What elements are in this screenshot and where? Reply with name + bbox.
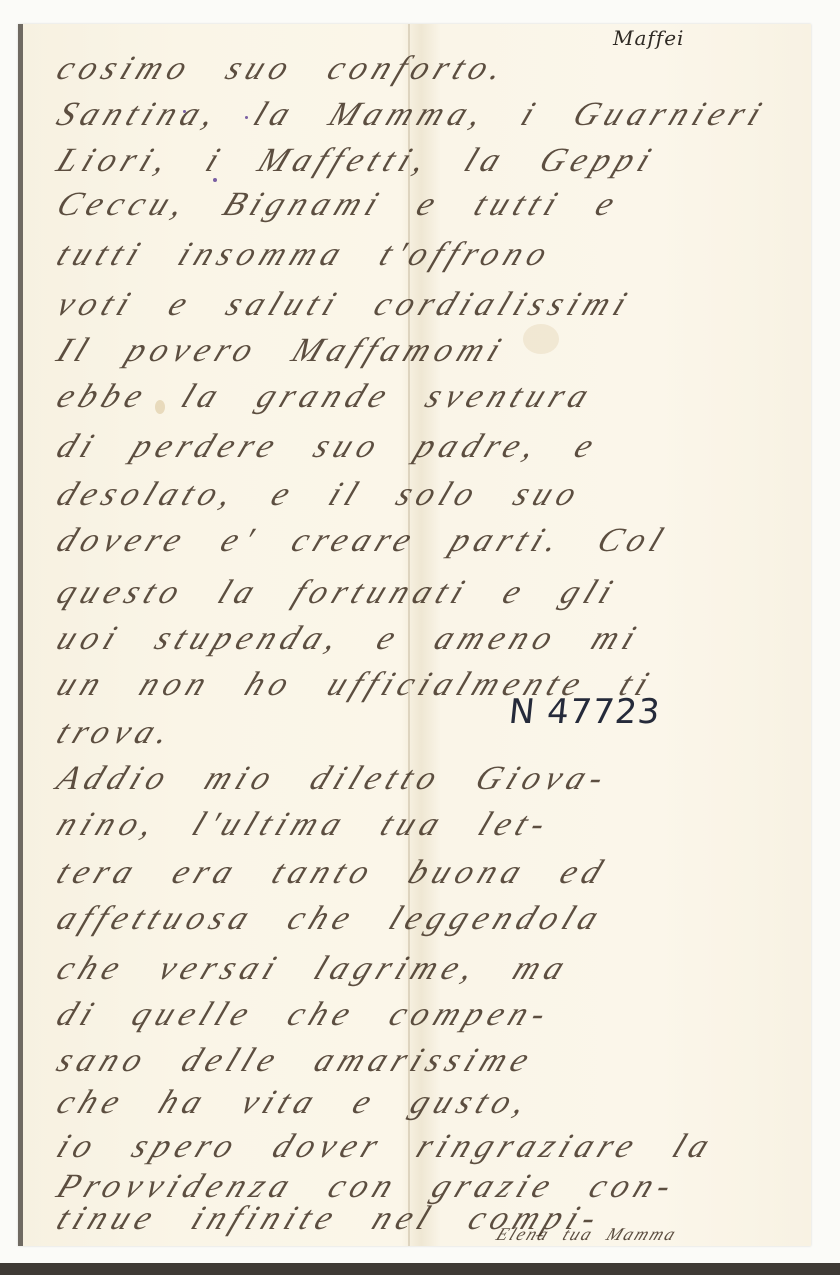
handwritten-line: ebbe la grande sventura [51,378,811,416]
handwritten-line: un non ho ufficialmente ti [51,666,811,704]
handwritten-line: Santina, la Mamma, i Guarnieri [51,96,811,134]
inventory-number: N 47723 [507,692,663,732]
handwritten-line: Liori, i Maffetti, la Geppi [51,142,811,180]
handwritten-line: Ceccu, Bignami e tutti e [51,186,811,224]
handwritten-line: che ha vita e gusto, [51,1084,811,1122]
handwritten-line: sano delle amarissime [51,1042,811,1080]
handwritten-line: di perdere suo padre, e [51,428,811,466]
handwritten-line: trova. [51,714,811,752]
handwritten-line: affettuosa che leggendola [51,900,811,938]
handwritten-line: uoi stupenda, e ameno mi [51,620,811,658]
handwritten-line: dovere e' creare parti. Col [51,522,811,560]
scanned-letter: Maffei cosimo suo conforto. Santina, la … [0,0,840,1275]
handwritten-line: che versai lagrime, ma [51,950,811,988]
handwritten-line: desolato, e il solo suo [51,476,811,514]
handwritten-line: nino, l'ultima tua let- [51,806,811,844]
closing-note: Elena tua Mamma [493,1224,801,1245]
handwritten-line: io spero dover ringraziare la [51,1128,811,1166]
handwritten-line: tera era tanto buona ed [51,854,811,892]
handwritten-line: tutti insomma t'offrono [51,236,811,274]
scanner-bottom-band [0,1263,840,1275]
handwritten-line: Il povero Maffamomi [51,332,811,370]
handwritten-line: di quelle che compen- [51,996,811,1034]
archive-annotation: Maffei [613,26,684,50]
handwritten-line: voti e saluti cordialissimi [51,286,811,324]
handwritten-line: cosimo suo conforto. [51,50,811,88]
handwritten-line: questo la fortunati e gli [51,574,811,612]
handwritten-line: Addio mio diletto Giova- [51,760,811,798]
letter-page: Maffei cosimo suo conforto. Santina, la … [18,24,811,1246]
